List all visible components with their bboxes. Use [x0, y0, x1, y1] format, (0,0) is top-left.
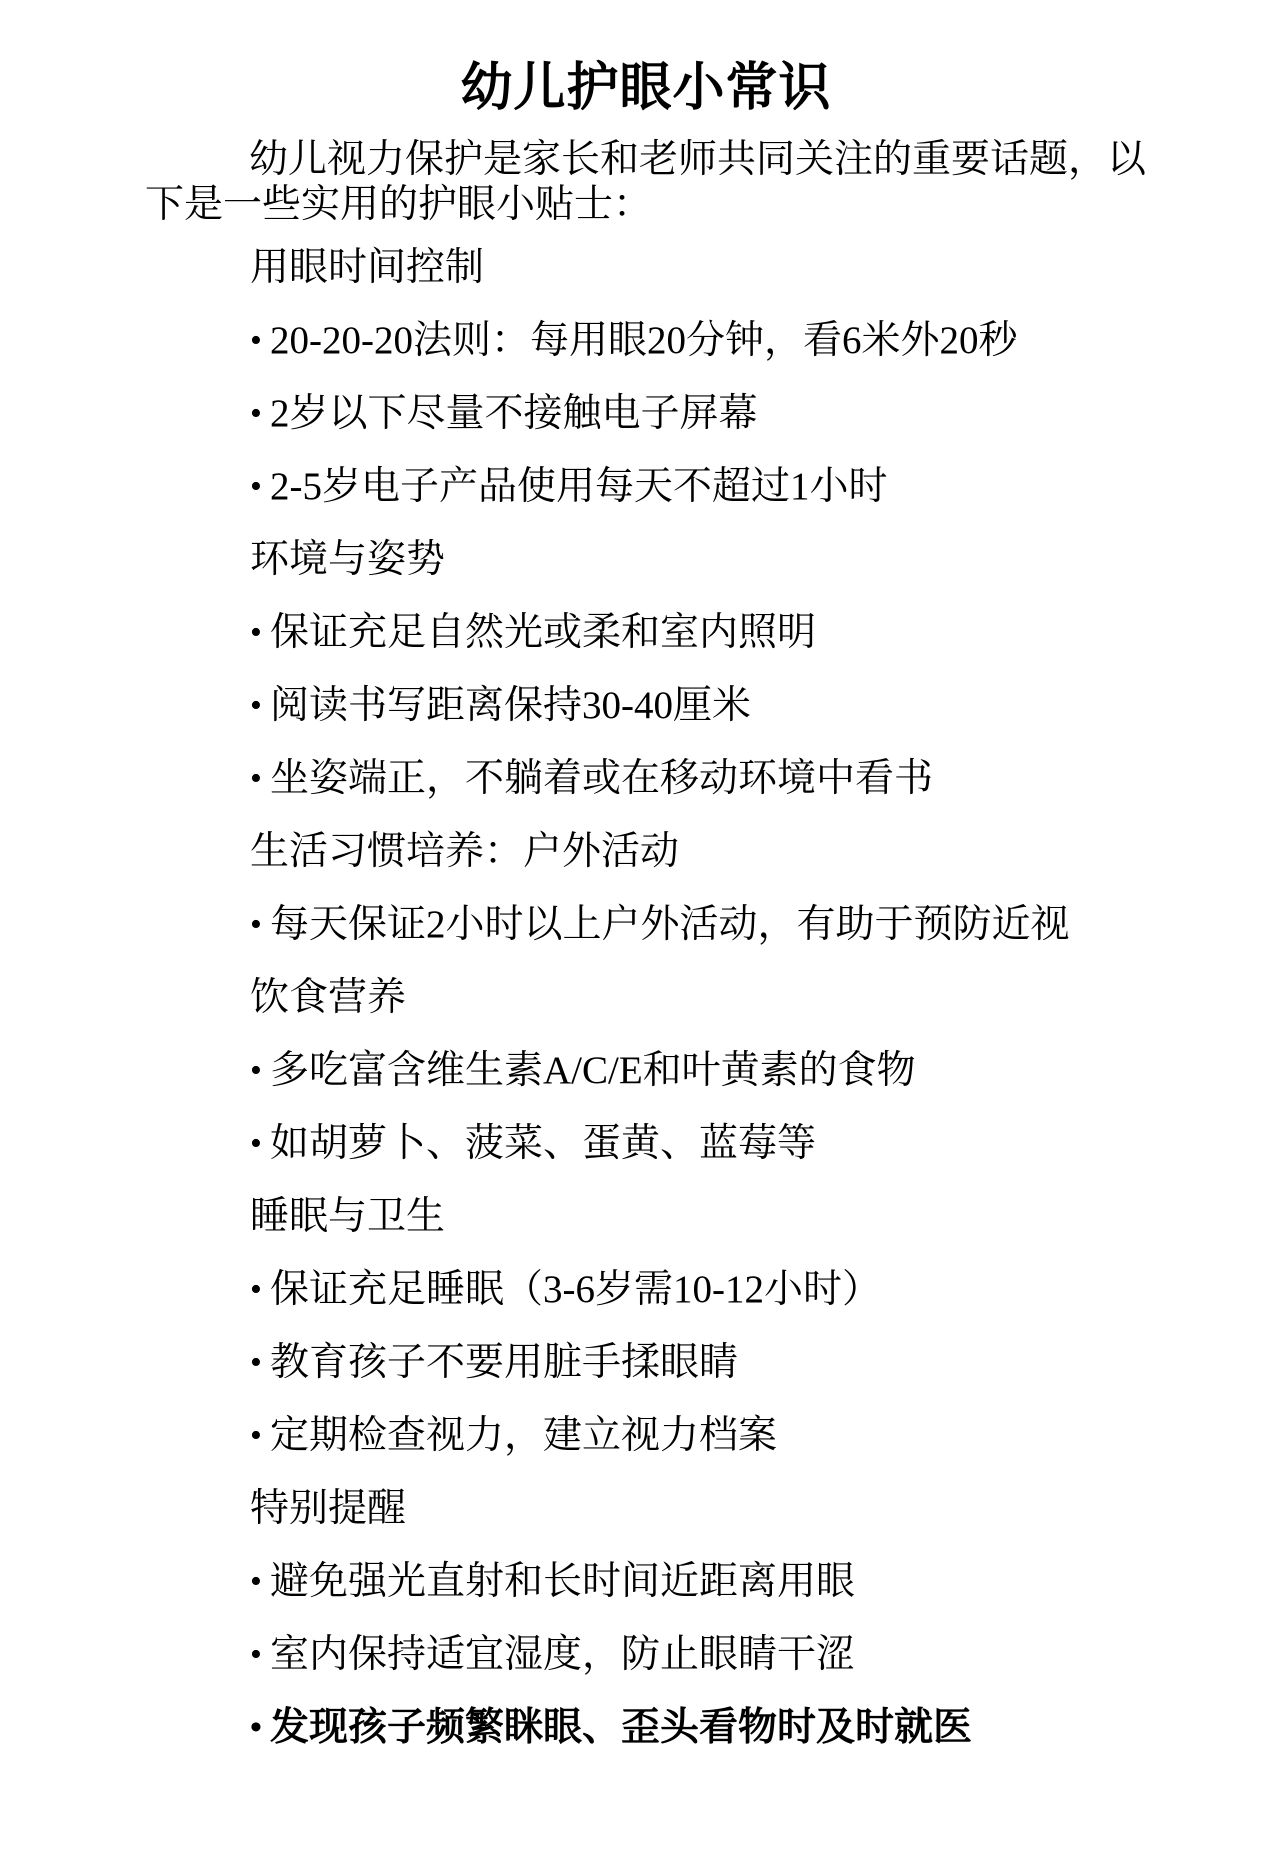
bullet-item: •教育孩子不要用脏手揉眼睛: [250, 1340, 1147, 1386]
bullet-item: •2岁以下尽量不接触电子屏幕: [250, 391, 1147, 437]
bullet-item: •阅读书写距离保持30-40厘米: [250, 683, 1147, 729]
bullet-item-text: 保证充足自然光或柔和室内照明: [270, 611, 816, 654]
bullet-item: •保证充足睡眠（3-6岁需10-12小时）: [250, 1267, 1147, 1313]
intro-paragraph: 幼儿视力保护是家长和老师共同关注的重要话题，以 下是一些实用的护眼小贴士：: [145, 137, 1147, 227]
bullet-item: •保证充足自然光或柔和室内照明: [250, 610, 1147, 656]
bullet-marker: •: [250, 610, 270, 656]
bullet-item-text: 多吃富含维生素A/C/E和叶黄素的食物: [270, 1049, 916, 1092]
bullet-item-text: 坐姿端正，不躺着或在移动环境中看书: [270, 757, 933, 800]
bullet-item-text: 室内保持适宜湿度，防止眼睛干涩: [270, 1633, 855, 1676]
bullet-marker: •: [250, 902, 270, 948]
bullet-item: •多吃富含维生素A/C/E和叶黄素的食物: [250, 1048, 1147, 1094]
bullet-item-emphasized: •发现孩子频繁眯眼、歪头看物时及时就医: [250, 1705, 1147, 1751]
bullet-item: •如胡萝卜、菠菜、蛋黄、蓝莓等: [250, 1121, 1147, 1167]
section-heading: 饮食营养: [250, 975, 1147, 1021]
bullet-marker: •: [250, 683, 270, 729]
section-heading: 特别提醒: [250, 1486, 1147, 1532]
bullet-marker: •: [250, 756, 270, 802]
intro-line-2: 下是一些实用的护眼小贴士：: [145, 182, 1147, 227]
bullet-item: •坐姿端正，不躺着或在移动环境中看书: [250, 756, 1147, 802]
bullet-item: •室内保持适宜湿度，防止眼睛干涩: [250, 1632, 1147, 1678]
document-page: 幼儿护眼小常识 幼儿视力保护是家长和老师共同关注的重要话题，以 下是一些实用的护…: [0, 0, 1270, 1853]
document-title: 幼儿护眼小常识: [145, 56, 1147, 120]
bullet-item: •20-20-20法则：每用眼20分钟，看6米外20秒: [250, 318, 1147, 364]
section-heading: 睡眠与卫生: [250, 1194, 1147, 1240]
section-heading: 环境与姿势: [250, 537, 1147, 583]
section-heading: 生活习惯培养：户外活动: [250, 829, 1147, 875]
bullet-marker: •: [250, 391, 270, 437]
intro-line-1: 幼儿视力保护是家长和老师共同关注的重要话题，以: [145, 137, 1147, 182]
bullet-item-text: 20-20-20法则：每用眼20分钟，看6米外20秒: [270, 319, 1017, 362]
bullet-item-text: 发现孩子频繁眯眼、歪头看物时及时就医: [270, 1706, 972, 1749]
section-heading: 用眼时间控制: [250, 245, 1147, 291]
bullet-marker: •: [250, 1559, 270, 1605]
bullet-marker: •: [250, 1048, 270, 1094]
bullet-marker: •: [250, 1121, 270, 1167]
bullet-marker: •: [250, 1705, 270, 1751]
bullet-marker: •: [250, 1340, 270, 1386]
bullet-item-text: 2岁以下尽量不接触电子屏幕: [270, 392, 758, 435]
tips-list: 用眼时间控制 •20-20-20法则：每用眼20分钟，看6米外20秒 •2岁以下…: [145, 245, 1147, 1751]
bullet-marker: •: [250, 1413, 270, 1459]
bullet-item-text: 2-5岁电子产品使用每天不超过1小时: [270, 465, 888, 508]
bullet-item: •定期检查视力，建立视力档案: [250, 1413, 1147, 1459]
bullet-item-text: 教育孩子不要用脏手揉眼睛: [270, 1341, 738, 1384]
bullet-item-text: 保证充足睡眠（3-6岁需10-12小时）: [270, 1268, 881, 1311]
bullet-item-text: 如胡萝卜、菠菜、蛋黄、蓝莓等: [270, 1122, 816, 1165]
bullet-marker: •: [250, 1267, 270, 1313]
bullet-marker: •: [250, 318, 270, 364]
bullet-item-text: 阅读书写距离保持30-40厘米: [270, 684, 751, 727]
bullet-item: •2-5岁电子产品使用每天不超过1小时: [250, 464, 1147, 510]
bullet-item: •每天保证2小时以上户外活动，有助于预防近视: [250, 902, 1147, 948]
bullet-marker: •: [250, 464, 270, 510]
bullet-item-text: 避免强光直射和长时间近距离用眼: [270, 1560, 855, 1603]
bullet-marker: •: [250, 1632, 270, 1678]
bullet-item-text: 定期检查视力，建立视力档案: [270, 1414, 777, 1457]
bullet-item: •避免强光直射和长时间近距离用眼: [250, 1559, 1147, 1605]
bullet-item-text: 每天保证2小时以上户外活动，有助于预防近视: [270, 903, 1070, 946]
